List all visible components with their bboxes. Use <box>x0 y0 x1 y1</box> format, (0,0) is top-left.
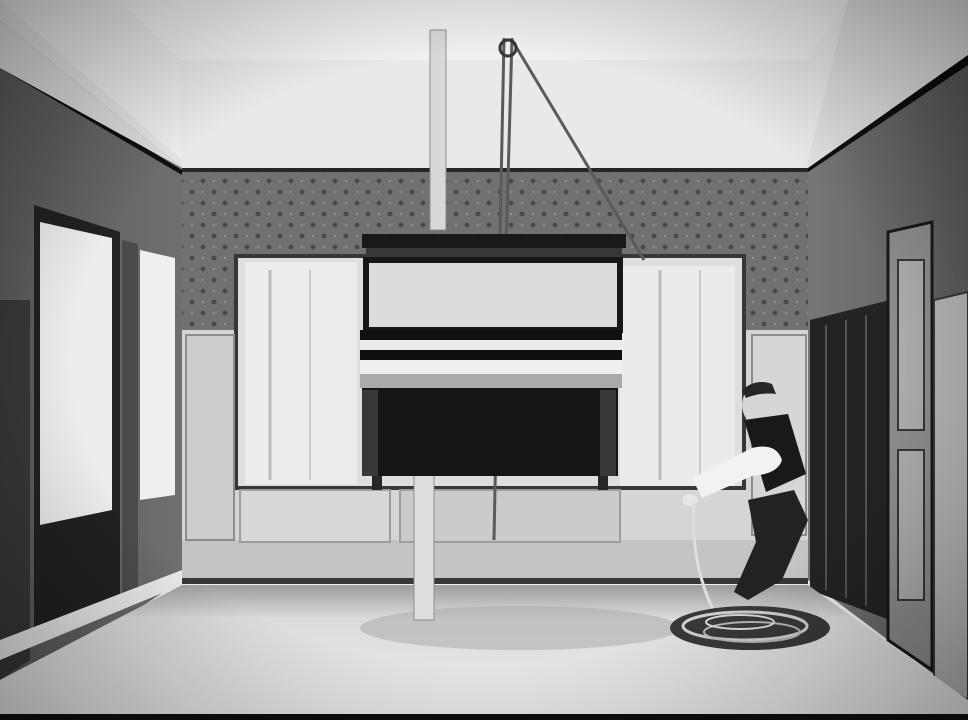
frame-bottom-edge <box>0 714 968 720</box>
rope-coil <box>670 606 830 650</box>
film-still <box>0 0 968 720</box>
right-wall <box>808 0 968 700</box>
suspended-piano <box>360 234 626 490</box>
floor <box>0 585 968 720</box>
scene-illustration <box>0 0 968 720</box>
